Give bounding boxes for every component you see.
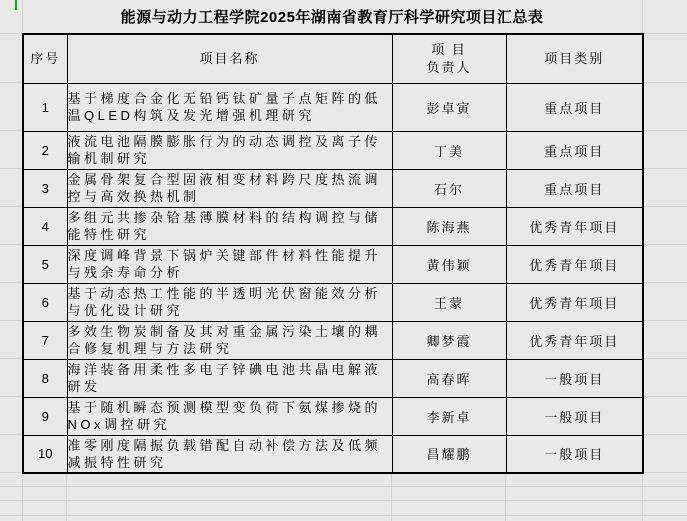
header-cell-category[interactable]: 项目类别: [506, 34, 643, 83]
gridline-horizontal: [0, 486, 687, 487]
cell-category[interactable]: 优秀青年项目: [506, 283, 643, 321]
header-cell-leader[interactable]: 项 目 负责人: [392, 34, 506, 83]
cell-no[interactable]: 3: [23, 169, 67, 207]
table-title[interactable]: 能源与动力工程学院2025年湖南省教育厅科学研究项目汇总表: [23, 0, 641, 32]
table-row: 3 金属骨架复合型固液相变材料跨尺度热流调控与高效换热机制 石尔 重点项目: [23, 169, 643, 207]
cell-category[interactable]: 优秀青年项目: [506, 321, 643, 359]
cell-category[interactable]: 重点项目: [506, 83, 643, 131]
cell-project-name[interactable]: 基于动态热工性能的半透明光伏窗能效分析与优化设计研究: [67, 283, 392, 321]
table-row: 7 多效生物炭制备及其对重金属污染土壤的耦合修复机理与方法研究 卿梦霞 优秀青年…: [23, 321, 643, 359]
table-row: 5 深度调峰背景下锅炉关键部件材料性能提升与残余寿命分析 黄伟颖 优秀青年项目: [23, 245, 643, 283]
cell-leader[interactable]: 昌耀鹏: [392, 435, 506, 473]
cell-category[interactable]: 重点项目: [506, 131, 643, 169]
cell-leader[interactable]: 高春晖: [392, 359, 506, 397]
cell-project-name[interactable]: 基于梯度合金化无铅钙钛矿量子点矩阵的低温QLED构筑及发光增强机理研究: [67, 83, 392, 131]
cell-no[interactable]: 2: [23, 131, 67, 169]
cell-leader[interactable]: 陈海燕: [392, 207, 506, 245]
table-body: 1 基于梯度合金化无铅钙钛矿量子点矩阵的低温QLED构筑及发光增强机理研究 彭卓…: [23, 83, 643, 473]
cell-category[interactable]: 一般项目: [506, 435, 643, 473]
header-row: 序号 项目名称 项 目 负责人 项目类别: [23, 34, 643, 83]
cell-project-name[interactable]: 液流电池隔膜膨胀行为的动态调控及离子传输机制研究: [67, 131, 392, 169]
cell-no[interactable]: 9: [23, 397, 67, 435]
header-cell-project-name[interactable]: 项目名称: [67, 34, 392, 83]
gridline-horizontal: [0, 500, 687, 501]
table-row: 9 基于随机瞬态预测模型变负荷下氨煤掺烧的NOx调控研究 李新卓 一般项目: [23, 397, 643, 435]
cell-project-name[interactable]: 多效生物炭制备及其对重金属污染土壤的耦合修复机理与方法研究: [67, 321, 392, 359]
cell-category[interactable]: 优秀青年项目: [506, 245, 643, 283]
cell-category[interactable]: 一般项目: [506, 397, 643, 435]
table-row: 8 海洋装备用柔性多电子锌碘电池共晶电解液研发 高春晖 一般项目: [23, 359, 643, 397]
table-header: 序号 项目名称 项 目 负责人 项目类别: [23, 34, 643, 83]
gridline-horizontal: [0, 515, 687, 516]
cell-project-name[interactable]: 海洋装备用柔性多电子锌碘电池共晶电解液研发: [67, 359, 392, 397]
header-leader-line2: 负责人: [393, 59, 506, 77]
cell-category[interactable]: 重点项目: [506, 169, 643, 207]
cell-no[interactable]: 6: [23, 283, 67, 321]
table-row: 1 基于梯度合金化无铅钙钛矿量子点矩阵的低温QLED构筑及发光增强机理研究 彭卓…: [23, 83, 643, 131]
header-leader-line1: 项 目: [393, 41, 506, 59]
selection-indicator: [15, 0, 17, 10]
spreadsheet-sheet: 能源与动力工程学院2025年湖南省教育厅科学研究项目汇总表 序号 项目名称 项 …: [0, 0, 687, 521]
cell-project-name[interactable]: 金属骨架复合型固液相变材料跨尺度热流调控与高效换热机制: [67, 169, 392, 207]
cell-no[interactable]: 1: [23, 83, 67, 131]
cell-leader[interactable]: 李新卓: [392, 397, 506, 435]
cell-leader[interactable]: 石尔: [392, 169, 506, 207]
cell-no[interactable]: 8: [23, 359, 67, 397]
table-row: 4 多组元共掺杂铪基薄膜材料的结构调控与储能特性研究 陈海燕 优秀青年项目: [23, 207, 643, 245]
table-row: 2 液流电池隔膜膨胀行为的动态调控及离子传输机制研究 丁美 重点项目: [23, 131, 643, 169]
cell-no[interactable]: 5: [23, 245, 67, 283]
cell-no[interactable]: 4: [23, 207, 67, 245]
table-row: 6 基于动态热工性能的半透明光伏窗能效分析与优化设计研究 王蒙 优秀青年项目: [23, 283, 643, 321]
cell-leader[interactable]: 卿梦霞: [392, 321, 506, 359]
cell-project-name[interactable]: 准零刚度隔振负载错配自动补偿方法及低频减振特性研究: [67, 435, 392, 473]
header-cell-no[interactable]: 序号: [23, 34, 67, 83]
cell-leader[interactable]: 丁美: [392, 131, 506, 169]
cell-no[interactable]: 7: [23, 321, 67, 359]
cell-category[interactable]: 优秀青年项目: [506, 207, 643, 245]
cell-project-name[interactable]: 基于随机瞬态预测模型变负荷下氨煤掺烧的NOx调控研究: [67, 397, 392, 435]
summary-table: 序号 项目名称 项 目 负责人 项目类别 1 基于梯度合金化无铅钙钛矿量子点矩阵…: [22, 33, 644, 474]
cell-leader[interactable]: 黄伟颖: [392, 245, 506, 283]
cell-leader[interactable]: 彭卓寅: [392, 83, 506, 131]
table-row: 10 准零刚度隔振负载错配自动补偿方法及低频减振特性研究 昌耀鹏 一般项目: [23, 435, 643, 473]
cell-no[interactable]: 10: [23, 435, 67, 473]
cell-category[interactable]: 一般项目: [506, 359, 643, 397]
cell-project-name[interactable]: 深度调峰背景下锅炉关键部件材料性能提升与残余寿命分析: [67, 245, 392, 283]
cell-leader[interactable]: 王蒙: [392, 283, 506, 321]
cell-project-name[interactable]: 多组元共掺杂铪基薄膜材料的结构调控与储能特性研究: [67, 207, 392, 245]
